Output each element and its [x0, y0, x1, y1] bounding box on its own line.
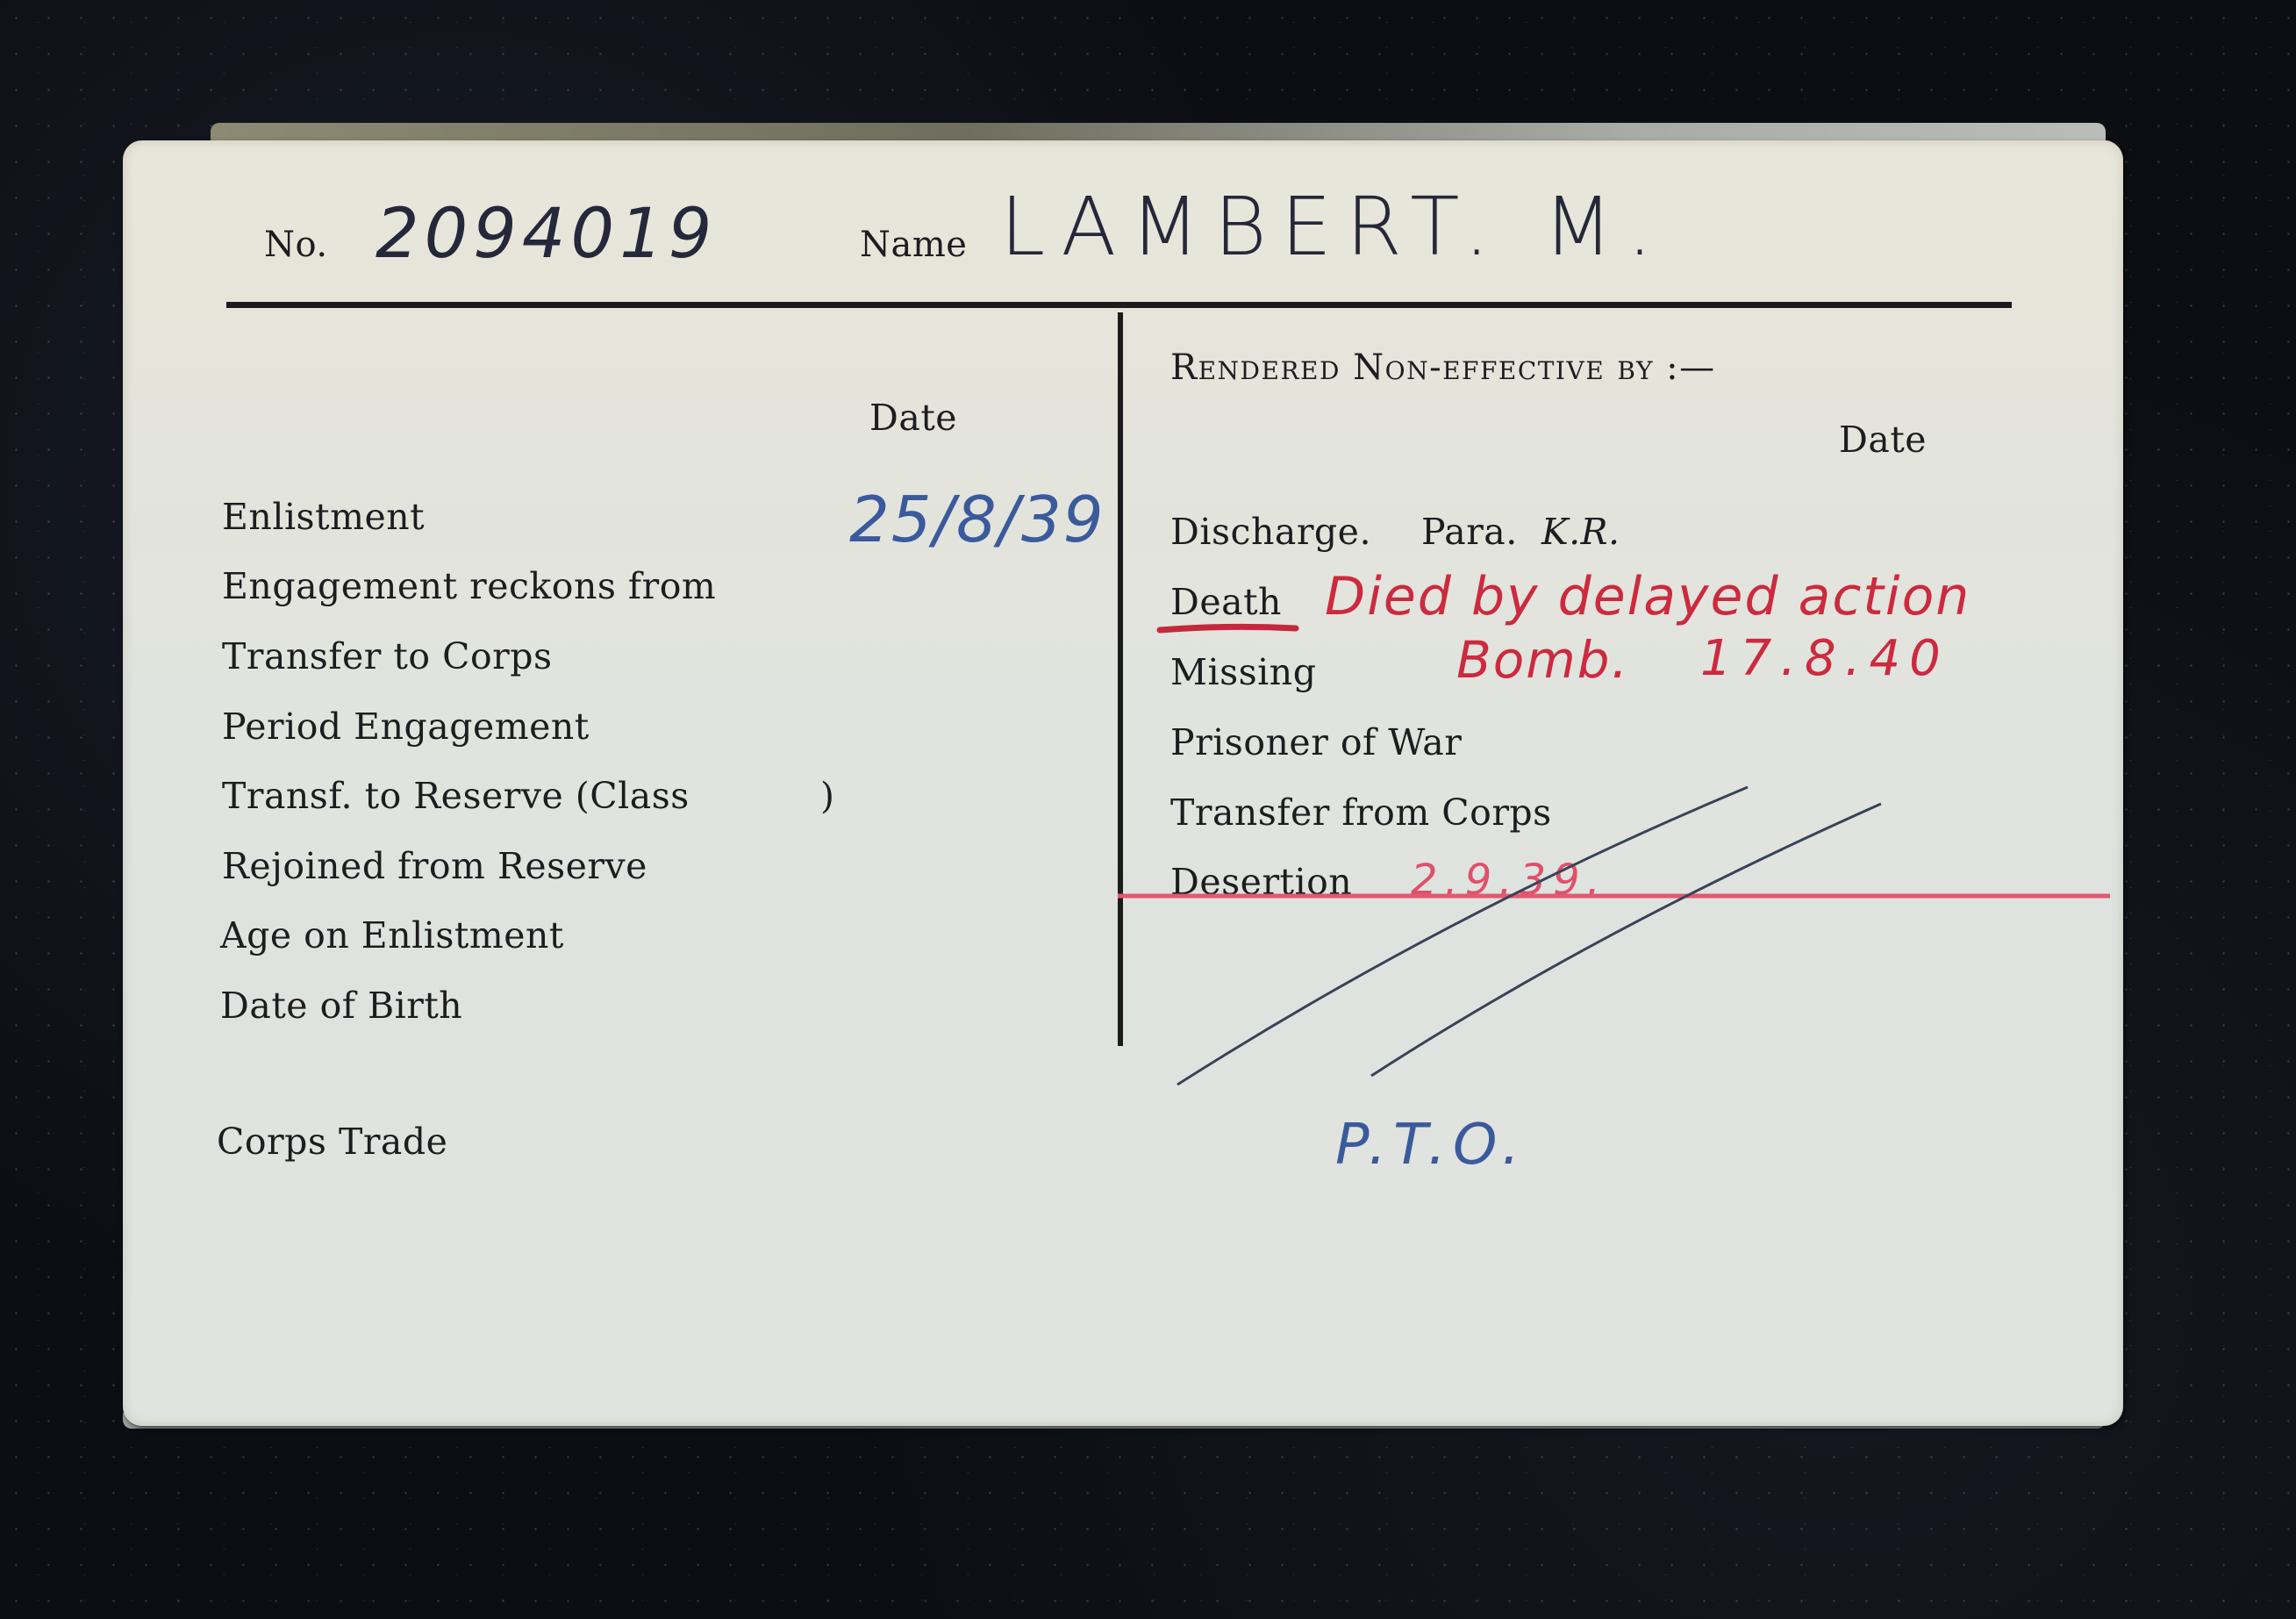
row-label-period-engagement: Period Engagement	[222, 706, 590, 748]
discharge-label: Discharge.	[1170, 511, 1371, 553]
name-value: LAMBERT. M.	[1000, 180, 1667, 274]
desertion-label: Desertion	[1170, 861, 1352, 903]
death-entry-date: 17.8.40	[1700, 630, 1949, 687]
header-rule	[226, 302, 2012, 308]
left-date-heading: Date	[869, 397, 957, 439]
name-label: Name	[860, 225, 967, 265]
row-label-engagement-reckons: Engagement reckons from	[222, 565, 716, 607]
row-label-age-on-enlistment: Age on Enlistment	[220, 914, 564, 956]
number-label: No.	[264, 225, 328, 265]
right-date-heading: Date	[1839, 419, 1927, 461]
row-label-reserve-class-close-paren: )	[820, 775, 835, 817]
transfer-from-corps-label: Transfer from Corps	[1170, 792, 1552, 834]
column-divider	[1118, 312, 1123, 1046]
row-label-transfer-to-corps: Transfer to Corps	[222, 635, 553, 677]
missing-label: Missing	[1170, 651, 1316, 693]
number-value: 2094019	[376, 195, 717, 274]
discharge-para-label: Para.	[1421, 511, 1518, 553]
row-label-rejoined-from-reserve: Rejoined from Reserve	[222, 845, 647, 887]
desertion-entry-date: 2.9.39.	[1411, 856, 1607, 905]
pto-annotation: P.T.O.	[1335, 1113, 1527, 1178]
corps-trade-label: Corps Trade	[217, 1121, 447, 1163]
prisoner-of-war-label: Prisoner of War	[1170, 721, 1462, 763]
row-label-enlistment: Enlistment	[222, 496, 425, 538]
death-entry-line2: Bomb.	[1456, 630, 1629, 690]
row-label-transfer-to-reserve: Transf. to Reserve (Class	[222, 775, 690, 817]
row-value-enlistment: 25/8/39	[849, 483, 1105, 556]
row-label-date-of-birth: Date of Birth	[220, 985, 462, 1027]
death-label: Death	[1170, 581, 1282, 623]
death-entry-line1: Died by delayed action	[1325, 566, 1971, 627]
non-effective-heading: Rendered Non-effective by :—	[1170, 347, 1716, 388]
discharge-kr-label: K.R.	[1541, 511, 1620, 553]
